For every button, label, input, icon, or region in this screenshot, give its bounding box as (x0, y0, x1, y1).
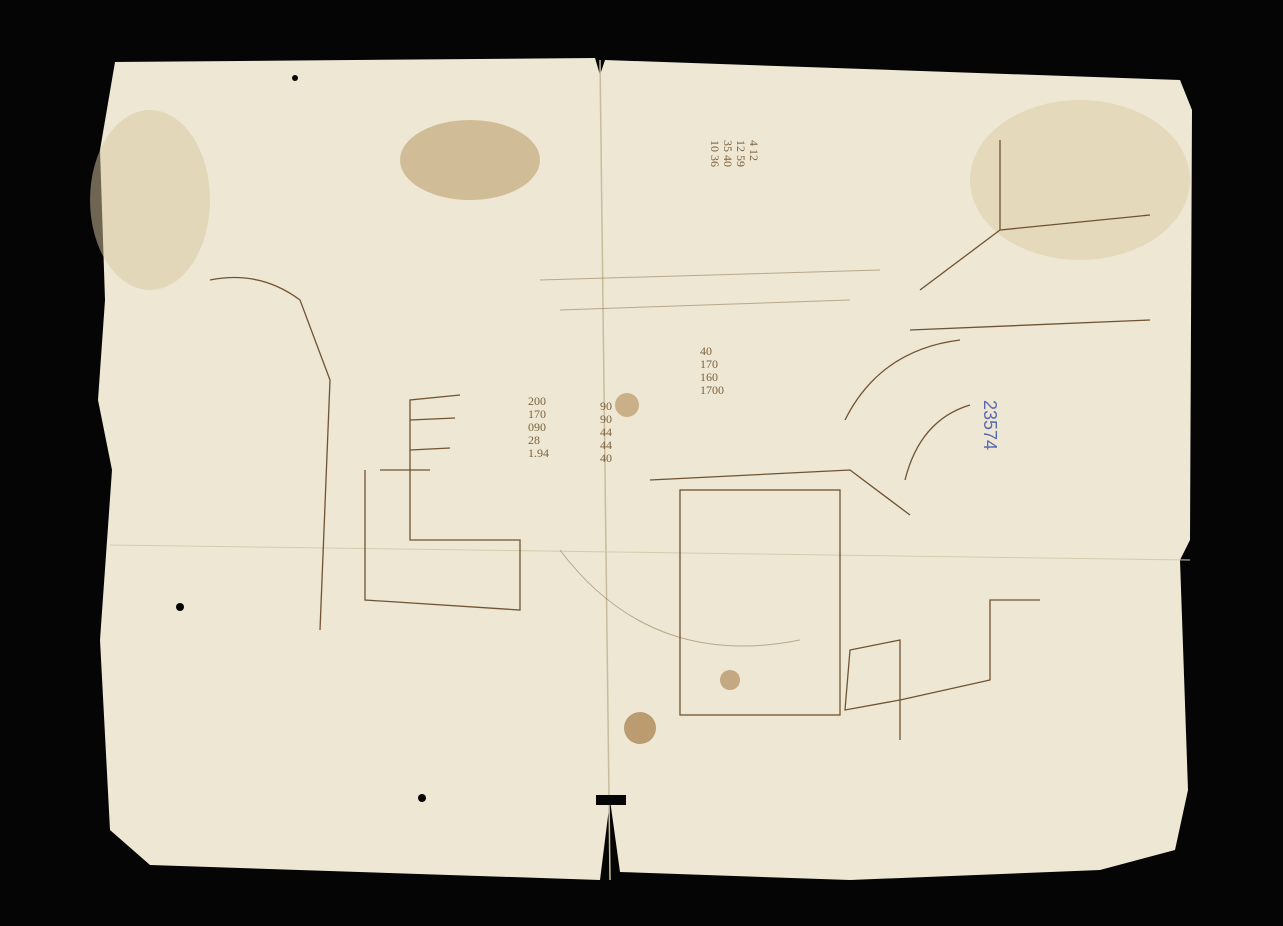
calculation-top: 4 12 12 59 35 40 10 36 (708, 140, 760, 167)
paper-sheet (0, 0, 1283, 926)
inventory-number: 23574 (979, 400, 1000, 450)
calculation-middle: 90 90 44 44 40 (600, 400, 612, 465)
calculation-right: 40 170 160 1700 (700, 345, 724, 397)
calculation-left: 200 170 090 28 1.94 (528, 395, 549, 460)
